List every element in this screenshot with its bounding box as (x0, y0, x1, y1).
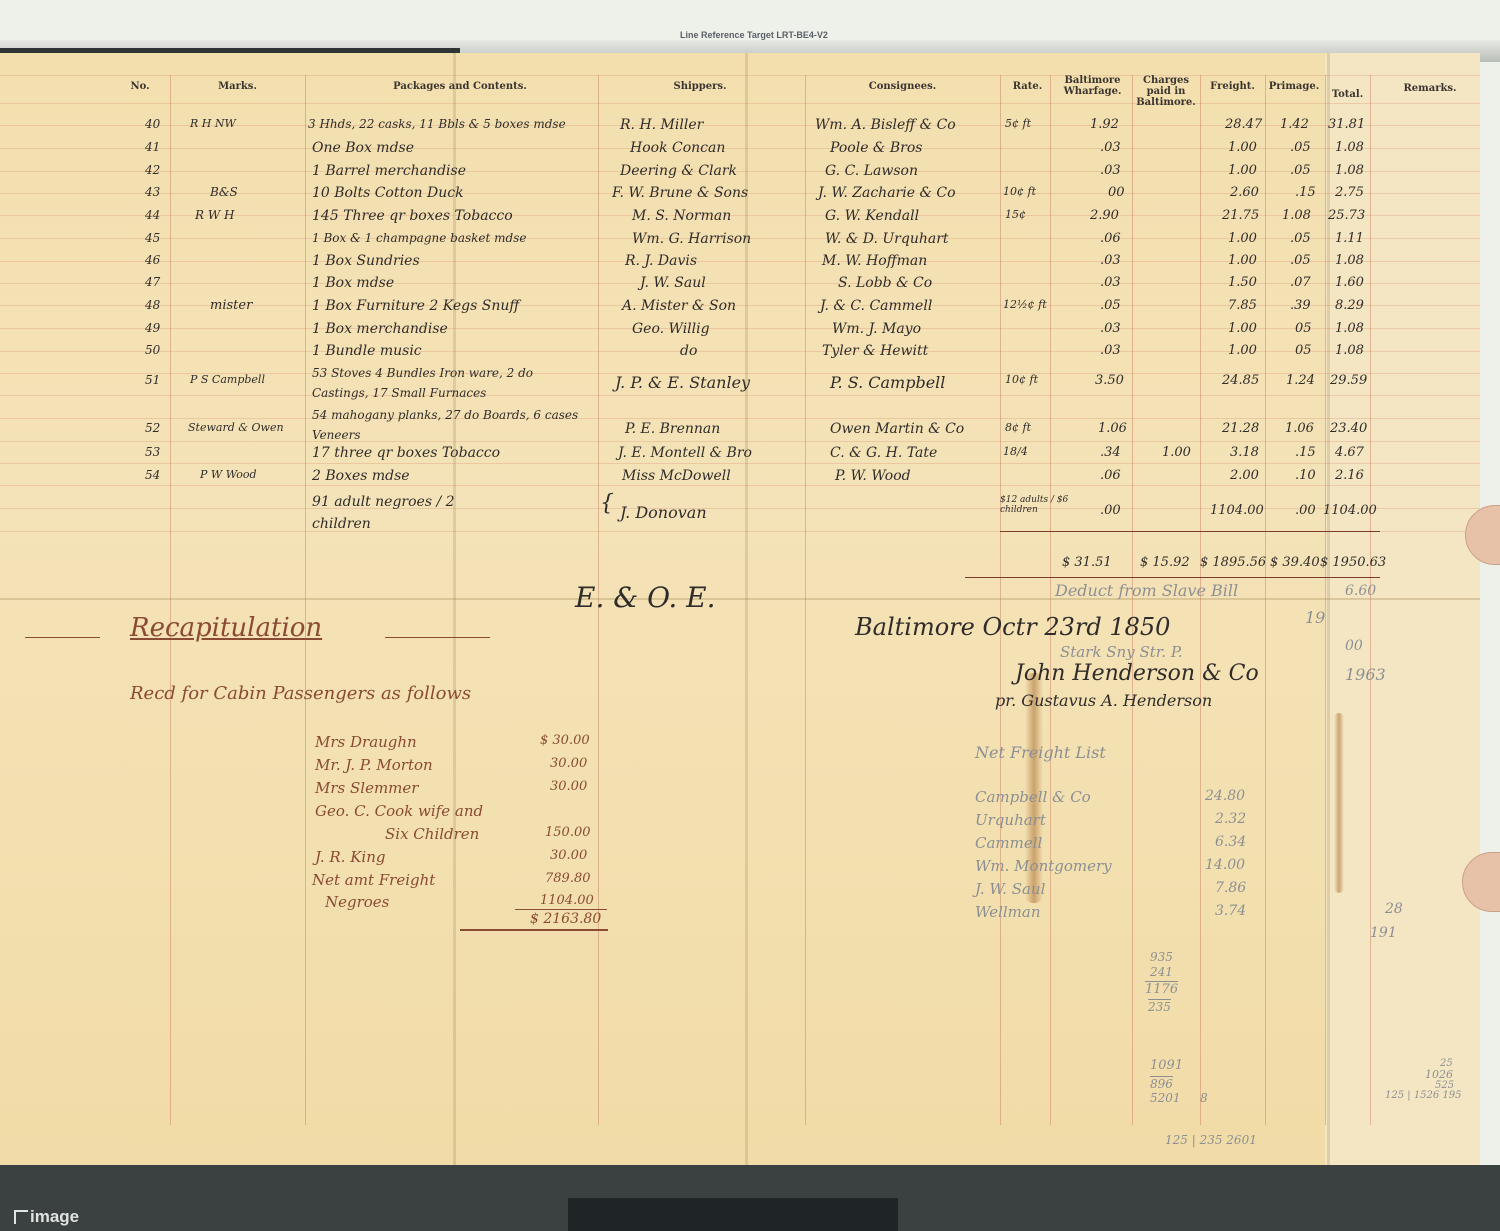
table-row: 43 B&S 10 Bolts Cotton Duck F. W. Brune … (0, 185, 1480, 207)
reference-target-label: Line Reference Target LRT-BE4-V2 (680, 30, 828, 40)
table-row: 46 1 Box Sundries R. J. Davis M. W. Hoff… (0, 253, 1480, 275)
pencil-figure: 1963 (1345, 665, 1386, 684)
pencil-note: Stark Sny Str. P. (1060, 643, 1183, 661)
water-stain (1334, 713, 1344, 893)
recap-subtitle: Recd for Cabin Passengers as follows (130, 683, 471, 704)
header-charges: Charges paid in Baltimore. (1133, 75, 1199, 108)
place-date: Baltimore Octr 23rd 1850 (855, 613, 1170, 641)
header-total: Total. (1325, 89, 1370, 100)
table-row: 54 P W Wood 2 Boxes mdse Miss McDowell P… (0, 468, 1480, 490)
table-row: 53 17 three qr boxes Tobacco J. E. Monte… (0, 445, 1480, 467)
header-no: No. (110, 81, 170, 92)
header-marks: Marks. (175, 81, 300, 92)
recap-title: Recapitulation (130, 613, 322, 643)
header-primage: Primage. (1265, 81, 1323, 92)
per-signature: pr. Gustavus A. Henderson (995, 691, 1212, 710)
deduct-note: Deduct from Slave Bill (1055, 581, 1238, 600)
firm-signature: John Henderson & Co (1015, 661, 1259, 686)
table-row: 45 1 Box & 1 champagne basket mdse Wm. G… (0, 231, 1480, 253)
manifest-document: No. Marks. Packages and Contents. Shippe… (0, 53, 1480, 1170)
table-row: 40 R H NW 3 Hhds, 22 casks, 11 Bbls & 5 … (0, 117, 1480, 139)
pencil-figure: 19 (1305, 608, 1325, 627)
table-row: 50 1 Bundle music do Tyler & Hewitt .03 … (0, 343, 1480, 365)
table-row: 91 adult negroes / 2 children { J. Donov… (0, 503, 1480, 525)
header-wharfage: Baltimore Wharfage. (1055, 75, 1130, 97)
logo-frame-icon (14, 1210, 28, 1224)
table-row: 51 P S Campbell 53 Stoves 4 Bundles Iron… (0, 373, 1480, 395)
deduct-amount: 6.60 (1345, 583, 1376, 599)
errors-omissions-excepted: E. & O. E. (575, 581, 716, 614)
freight-list-title: Net Freight List (975, 743, 1106, 762)
scanner-slot (568, 1198, 898, 1231)
table-row: 49 1 Box merchandise Geo. Willig Wm. J. … (0, 321, 1480, 343)
header-rate: Rate. (1005, 81, 1050, 92)
table-row: 42 1 Barrel merchandise Deering & Clark … (0, 163, 1480, 185)
pencil-figure: 00 (1345, 638, 1363, 654)
table-row: 52 Steward & Owen 54 mahogany planks, 27… (0, 421, 1480, 443)
header-shippers: Shippers. (620, 81, 780, 92)
scanner-logo: image (14, 1207, 79, 1227)
table-row: 44 R W H 145 Three qr boxes Tobacco M. S… (0, 208, 1480, 230)
header-consignees: Consignees. (820, 81, 985, 92)
totals-row: $ 31.51 $ 15.92 $ 1895.56 $ 39.40 $ 1950… (0, 555, 1480, 577)
header-remarks: Remarks. (1380, 83, 1480, 94)
header-freight: Freight. (1200, 81, 1265, 92)
table-row: 48 mister 1 Box Furniture 2 Kegs Snuff A… (0, 298, 1480, 320)
table-row: 41 One Box mdse Hook Concan Poole & Bros… (0, 140, 1480, 162)
table-row: 47 1 Box mdse J. W. Saul S. Lobb & Co .0… (0, 275, 1480, 297)
header-packages: Packages and Contents. (360, 81, 560, 92)
